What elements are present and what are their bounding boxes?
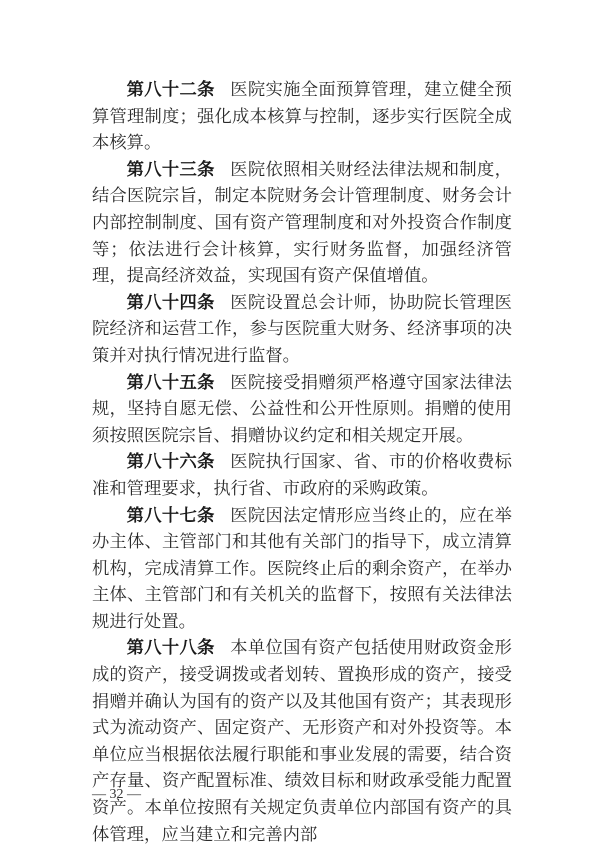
article-82: 第八十二条医院实施全面预算管理，建立健全预算管理制度；强化成本核算与控制，逐步实… [92, 77, 512, 157]
article-number: 第八十五条 [127, 373, 215, 393]
article-88: 第八十八条本单位国有资产包括使用财政资金形成的资产，接受调拨或者划转、置换形成的… [92, 635, 512, 848]
article-85: 第八十五条医院接受捐赠须严格遵守国家法律法规，坚持自愿无偿、公益性和公开性原则。… [92, 370, 512, 450]
article-number: 第八十六条 [127, 452, 215, 472]
article-84: 第八十四条医院设置总会计师，协助院长管理医院经济和运营工作，参与医院重大财务、经… [92, 290, 512, 370]
article-text: 本单位国有资产包括使用财政资金形成的资产，接受调拨或者划转、置换形成的资产，接受… [92, 638, 512, 844]
article-number: 第八十七条 [127, 506, 215, 526]
article-number: 第八十三条 [127, 160, 215, 180]
article-number: 第八十八条 [127, 638, 215, 658]
article-number: 第八十二条 [127, 80, 215, 100]
article-83: 第八十三条医院依照相关财经法律法规和制度，结合医院宗旨，制定本院财务会计管理制度… [92, 157, 512, 290]
article-87: 第八十七条医院因法定情形应当终止的，应在举办主体、主管部门和其他有关部门的指导下… [92, 503, 512, 636]
document-page: 第八十二条医院实施全面预算管理，建立健全预算管理制度；强化成本核算与控制，逐步实… [0, 0, 600, 849]
article-86: 第八十六条医院执行国家、省、市的价格收费标准和管理要求，执行省、市政府的采购政策… [92, 449, 512, 502]
article-number: 第八十四条 [127, 293, 215, 313]
document-body: 第八十二条医院实施全面预算管理，建立健全预算管理制度；强化成本核算与控制，逐步实… [92, 77, 512, 848]
page-number: — 32 — [92, 787, 141, 803]
